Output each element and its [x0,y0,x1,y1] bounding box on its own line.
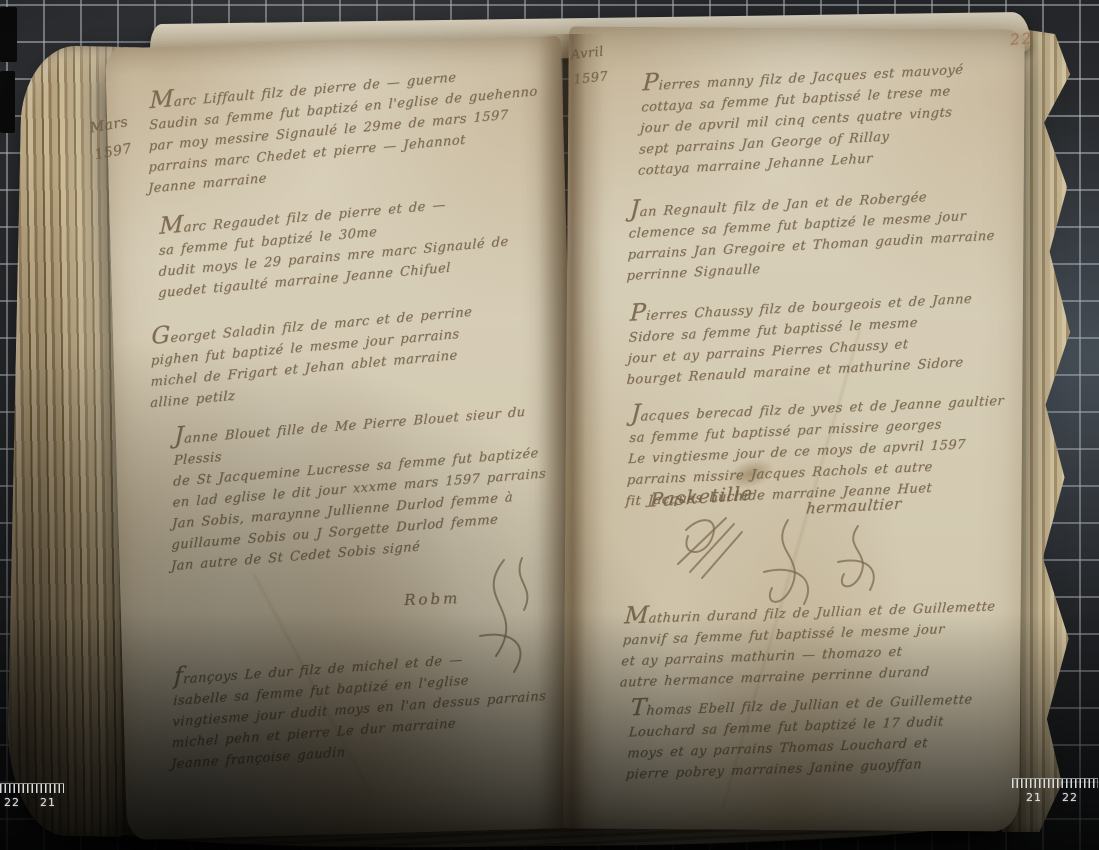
ruler-number: 21 [40,796,56,809]
ruler-number: 22 [4,796,20,809]
ruler-bottom-right: 21 22 [1012,779,1098,804]
baptism-entry: Thomas Ebell filz de Jullian et de Guill… [625,682,1055,785]
baptism-entry: Mathurin durand filz de Jullian et de Gu… [619,590,1049,693]
margin-note-year: 1597 [572,65,609,93]
ruler-ticks [1012,779,1098,788]
folio-number: 22 [1009,29,1033,49]
ruler-number: 22 [1062,791,1078,804]
signature-left-page: Robm [404,589,461,609]
mat-corner-tab [0,71,15,133]
margin-note-avril: Avril 1597 [570,40,610,93]
margin-note-mars: Mars 1597 [88,109,135,168]
ruler-bottom-left: 22 21 [0,784,64,809]
manuscript-photo: Mars 1597 Marc Liffault filz de pierre d… [0,0,1099,850]
ruler-ticks [0,784,64,793]
mat-corner-tab [0,7,17,62]
baptism-entry: Pierres manny filz de Jacques est mauvoy… [637,51,1044,182]
margin-note-month: Avril [570,40,607,68]
baptism-entry: Janne Blouet fille de Me Pierre Blouet s… [171,394,576,578]
ruler-number: 21 [1026,791,1042,804]
